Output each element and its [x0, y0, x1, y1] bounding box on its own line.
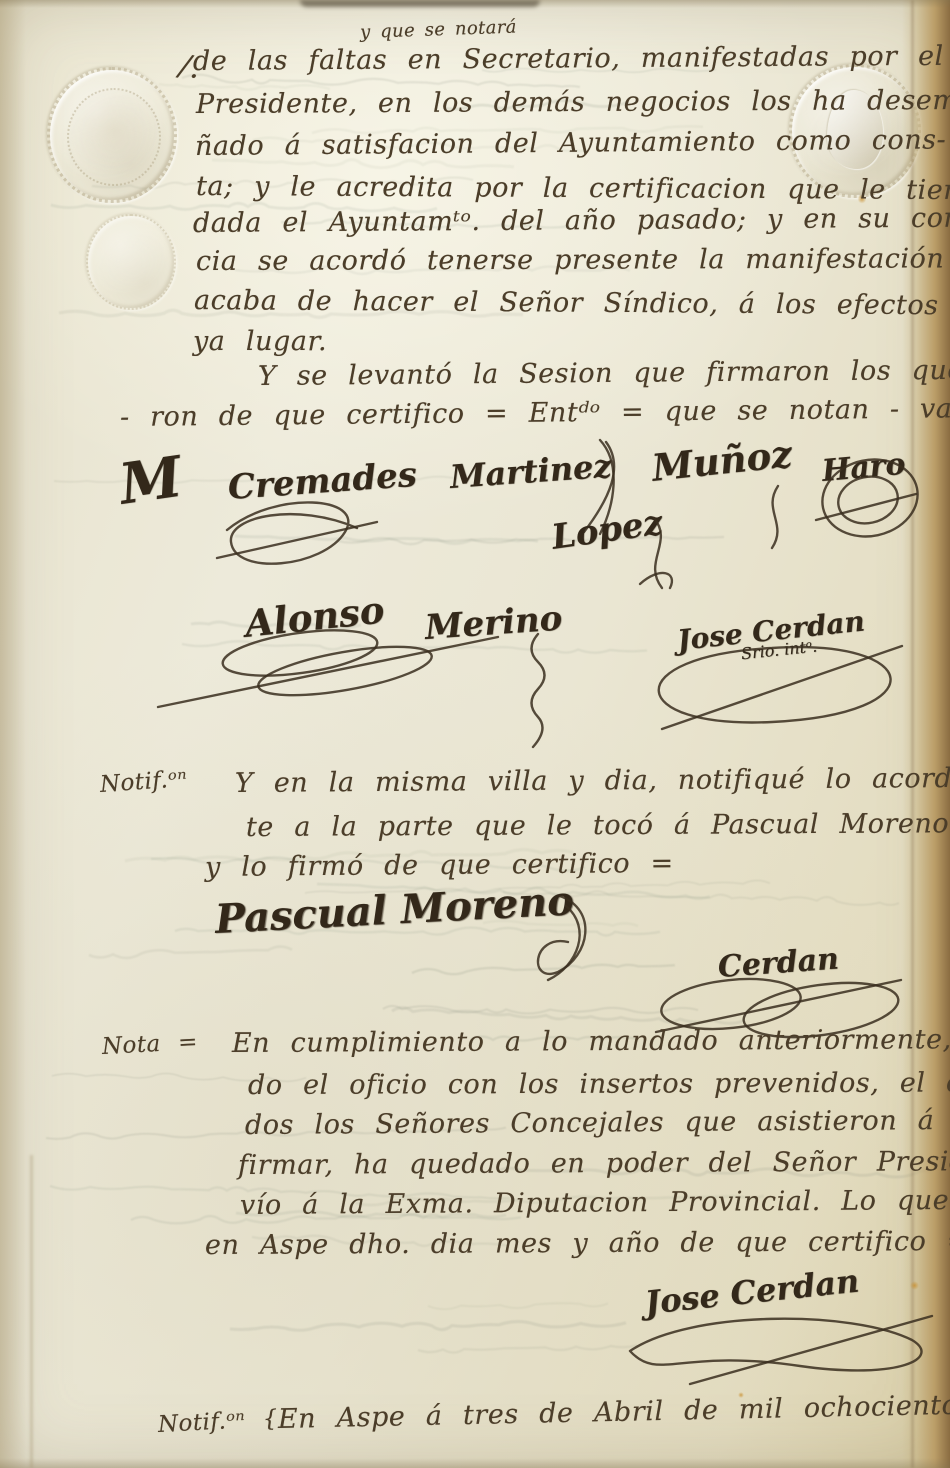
notification-line: y lo firmó de que certifico =: [205, 848, 674, 883]
top-ink-smudge: [300, 0, 540, 7]
nota-line: do el oficio con los insertos prevenidos…: [248, 1066, 950, 1101]
signature-cerdan: Cerdan: [717, 942, 840, 985]
bottom-notification-label: Notif.ᵒⁿ {: [157, 1406, 278, 1438]
minutes-closing-line: Y se levantó la Sesion que firmaron los …: [258, 354, 950, 392]
page-left-edge: [0, 0, 26, 1468]
minutes-line: de las faltas en Secretario, manifestada…: [193, 40, 950, 77]
signature-initial-m: M: [115, 444, 186, 518]
paper-stain: [910, 1281, 919, 1290]
notification-line: Y en la misma villa y dia, notifiqué lo …: [235, 761, 950, 799]
embossed-seal-large: [47, 67, 177, 203]
signature-cremades: Cremades: [227, 455, 419, 508]
signature-martinez: Martinez: [449, 447, 613, 496]
signature-rubric-munoz: [742, 482, 812, 552]
signature-rubric-merino: [506, 632, 566, 750]
signature-pascual-moreno: Pascual Moreno: [214, 877, 575, 943]
nota-line: En cumplimiento a lo mandado anteriormen…: [232, 1023, 950, 1059]
minutes-line: ya lugar.: [193, 326, 327, 357]
signature-alonso: Alonso: [243, 588, 387, 646]
signature-lopez: Lopez: [549, 503, 665, 558]
embossed-seal-small: [86, 214, 176, 310]
minutes-line: ta; y le acredita por la certificacion q…: [196, 171, 950, 206]
signature-jose-cerdan: Jose Cerdan Srio. intᵒ.: [676, 604, 868, 669]
minutes-closing-line: - ron de que certifico = Entᵈᵒ = que se …: [120, 393, 950, 433]
embossed-seal-crest: [67, 88, 160, 186]
signature-jose-cerdan-nota: Jose Cerdan: [643, 1262, 861, 1322]
minutes-line: ñado á satisfacion del Ayuntamiento como…: [195, 124, 947, 162]
interline-insertion: y que se notará: [360, 17, 518, 43]
minutes-line: dada el Ayuntamᵗᵒ. del año pasado; y en …: [193, 202, 950, 239]
minutes-line: cia se acordó tenerse presente la manife…: [196, 243, 950, 277]
nota-line: firmar, ha quedado en poder del Señor Pr…: [238, 1145, 950, 1181]
manuscript-page: /. y que se notará de las faltas en Secr…: [0, 0, 950, 1468]
minutes-line: Presidente, en los demás negocios los ha…: [196, 85, 950, 120]
signature-haro: Haro: [820, 447, 906, 489]
nota-line: en Aspe dho. dia mes y año de que certif…: [205, 1226, 950, 1261]
bottom-left-crease: [30, 1155, 33, 1468]
notification-line: te a la parte que le tocó á Pascual More…: [246, 807, 950, 843]
notification-margin-label: Notif.ᵒⁿ: [99, 766, 188, 798]
signature-munoz: Muñoz: [650, 431, 794, 489]
nota-margin-label: Nota =: [101, 1029, 198, 1060]
nota-line: vío á la Exma. Diputacion Provincial. Lo…: [240, 1183, 950, 1221]
signature-merino: Merino: [424, 598, 564, 647]
bottom-notification-line: En Aspe á tres de Abril de mil ochocient…: [278, 1388, 950, 1435]
minutes-line: acaba de hacer el Señor Síndico, á los e…: [194, 285, 950, 322]
nota-line: dos los Señores Concejales que asistiero…: [245, 1103, 950, 1141]
page-bottom-edge: [0, 1458, 950, 1468]
